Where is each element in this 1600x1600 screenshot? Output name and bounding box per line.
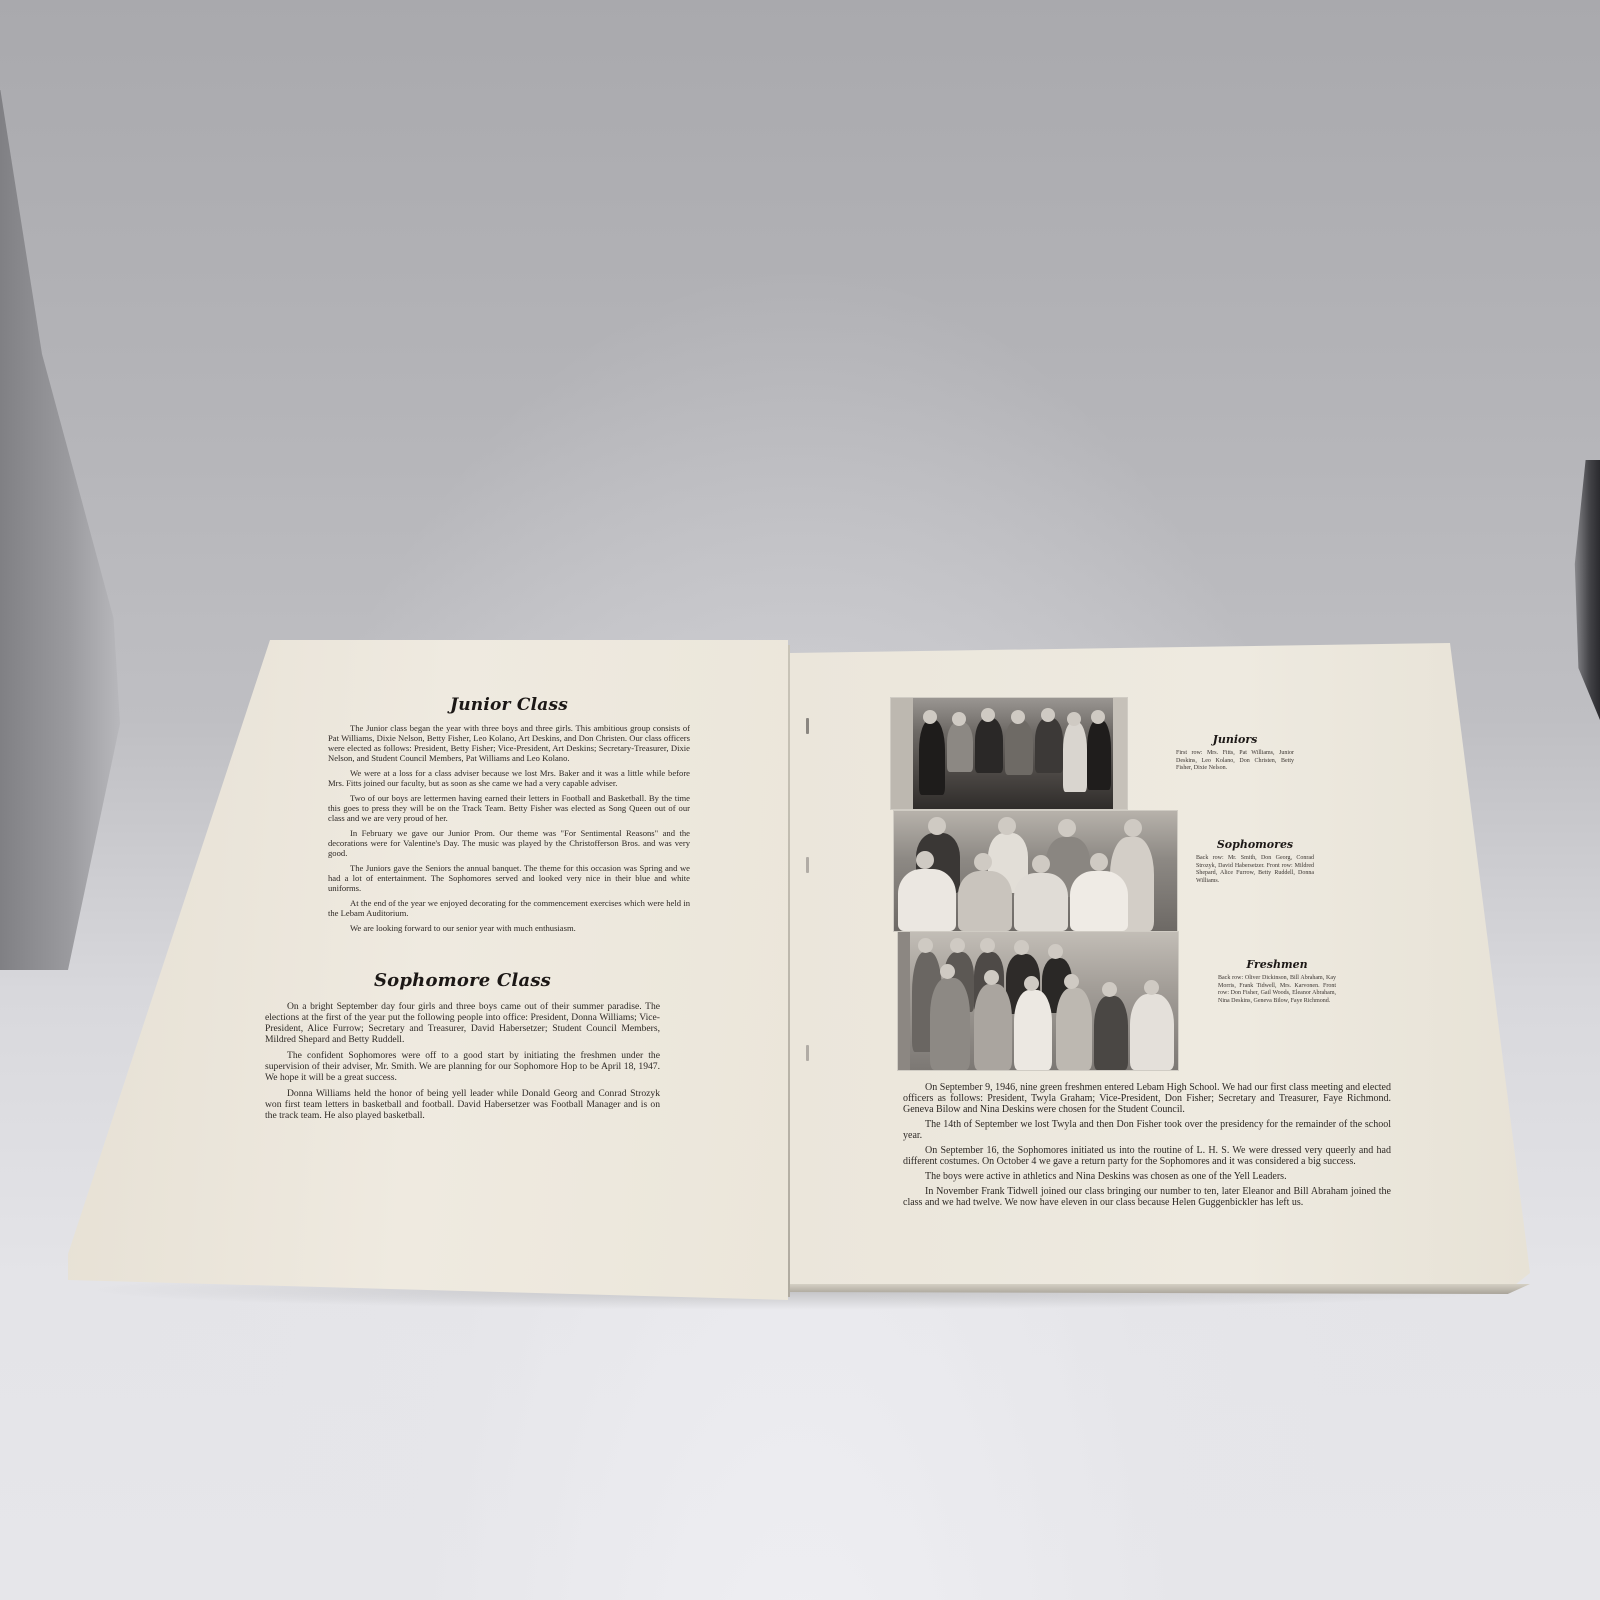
juniors-photo [890, 697, 1128, 810]
freshman-class-section: On September 9, 1946, nine green freshme… [903, 1082, 1391, 1212]
sophomores-photo [893, 810, 1178, 932]
staple [806, 857, 809, 873]
freshman-paragraph: The boys were active in athletics and Ni… [903, 1171, 1391, 1182]
juniors-caption: Juniors First row: Mrs. Fitts, Pat Willi… [1176, 733, 1294, 773]
freshmen-photo [897, 931, 1179, 1071]
freshmen-caption: Freshmen Back row: Oliver Dickinson, Bil… [1218, 958, 1336, 1005]
staple [806, 1045, 809, 1061]
junior-paragraph: The Juniors gave the Seniors the annual … [328, 863, 690, 893]
sophomores-caption-text: Back row: Mr. Smith, Don Georg, Conrad S… [1196, 855, 1314, 885]
booklet-spine [788, 645, 790, 1297]
freshman-paragraph: The 14th of September we lost Twyla and … [903, 1119, 1391, 1141]
junior-paragraph: At the end of the year we enjoyed decora… [328, 898, 690, 918]
freshmen-caption-text: Back row: Oliver Dickinson, Bill Abraham… [1218, 975, 1336, 1005]
junior-paragraph: The Junior class began the year with thr… [328, 723, 690, 763]
sophomore-paragraph: Donna Williams held the honor of being y… [265, 1088, 660, 1121]
sophomore-paragraph: On a bright September day four girls and… [265, 1001, 660, 1045]
staple [806, 718, 809, 734]
freshman-paragraph: On September 9, 1946, nine green freshme… [903, 1082, 1391, 1115]
sophomore-paragraph: The confident Sophomores were off to a g… [265, 1050, 660, 1083]
sophomore-class-section: Sophomore Class On a bright September da… [265, 970, 660, 1126]
juniors-caption-text: First row: Mrs. Fitts, Pat Williams, Jun… [1176, 750, 1294, 773]
freshmen-caption-title: Freshmen [1218, 958, 1336, 971]
junior-paragraph: We were at a loss for a class adviser be… [328, 768, 690, 788]
junior-paragraph: Two of our boys are lettermen having ear… [328, 793, 690, 823]
juniors-caption-title: Juniors [1176, 733, 1294, 746]
junior-class-section: Junior Class The Junior class began the … [328, 695, 690, 938]
freshman-paragraph: On September 16, the Sophomores initiate… [903, 1145, 1391, 1167]
junior-paragraph: In February we gave our Junior Prom. Our… [328, 828, 690, 858]
sophomore-class-title: Sophomore Class [265, 970, 660, 991]
sophomores-caption: Sophomores Back row: Mr. Smith, Don Geor… [1196, 838, 1314, 885]
sophomores-caption-title: Sophomores [1196, 838, 1314, 851]
freshman-paragraph: In November Frank Tidwell joined our cla… [903, 1186, 1391, 1208]
junior-class-title: Junior Class [328, 695, 690, 715]
junior-paragraph: We are looking forward to our senior yea… [328, 923, 690, 933]
